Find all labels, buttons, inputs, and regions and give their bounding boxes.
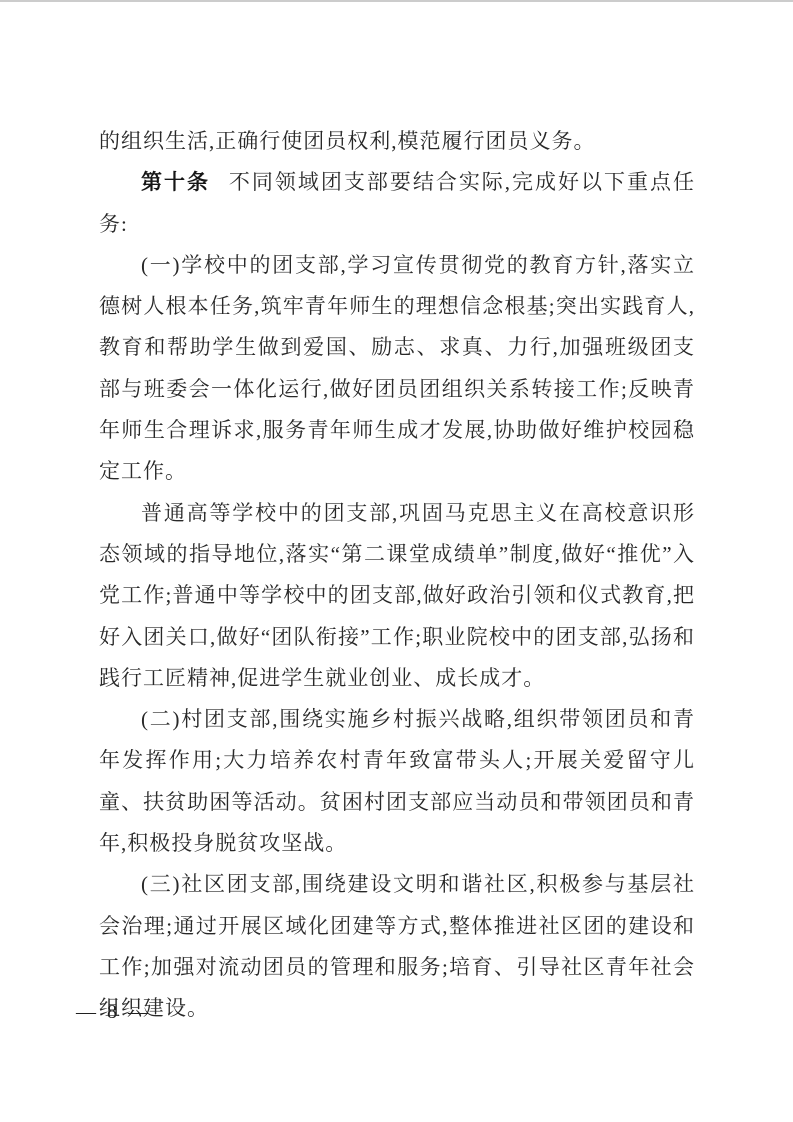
paragraph-item-1: (一)学校中的团支部,学习宣传贯彻党的教育方针,落实立德树人根本任务,筑牢青年师… <box>99 245 695 493</box>
page-number: — 8 — <box>76 1001 151 1024</box>
scan-edge-line <box>0 0 793 2</box>
paragraph-text: 的组织生活,正确行使团员权利,模范履行团员义务。 <box>99 129 596 153</box>
paragraph-text: 普通高等学校中的团支部,巩固马克思主义在高校意识形态领域的指导地位,落实“第二课… <box>99 501 695 690</box>
paragraph: 的组织生活,正确行使团员权利,模范履行团员义务。 <box>99 121 695 162</box>
article-number-label: 第十条 <box>141 171 210 194</box>
paragraph-item-3: (三)社区团支部,围绕建设文明和谐社区,积极参与基层社会治理;通过开展区域化团建… <box>99 864 695 1029</box>
paragraph-article-10: 第十条不同领域团支部要结合实际,完成好以下重点任务: <box>99 162 695 245</box>
document-body: 的组织生活,正确行使团员权利,模范履行团员义务。 第十条不同领域团支部要结合实际… <box>99 121 695 1030</box>
paragraph-text: (三)社区团支部,围绕建设文明和谐社区,积极参与基层社会治理;通过开展区域化团建… <box>99 872 695 1020</box>
paragraph-text: (二)村团支部,围绕实施乡村振兴战略,组织带领团员和青年发挥作用;大力培养农村青… <box>99 707 695 855</box>
paragraph-item-1-cont: 普通高等学校中的团支部,巩固马克思主义在高校意识形态领域的指导地位,落实“第二课… <box>99 493 695 699</box>
document-page: 的组织生活,正确行使团员权利,模范履行团员义务。 第十条不同领域团支部要结合实际… <box>0 0 793 1122</box>
paragraph-text: (一)学校中的团支部,学习宣传贯彻党的教育方针,落实立德树人根本任务,筑牢青年师… <box>99 253 695 483</box>
paragraph-item-2: (二)村团支部,围绕实施乡村振兴战略,组织带领团员和青年发挥作用;大力培养农村青… <box>99 699 695 864</box>
